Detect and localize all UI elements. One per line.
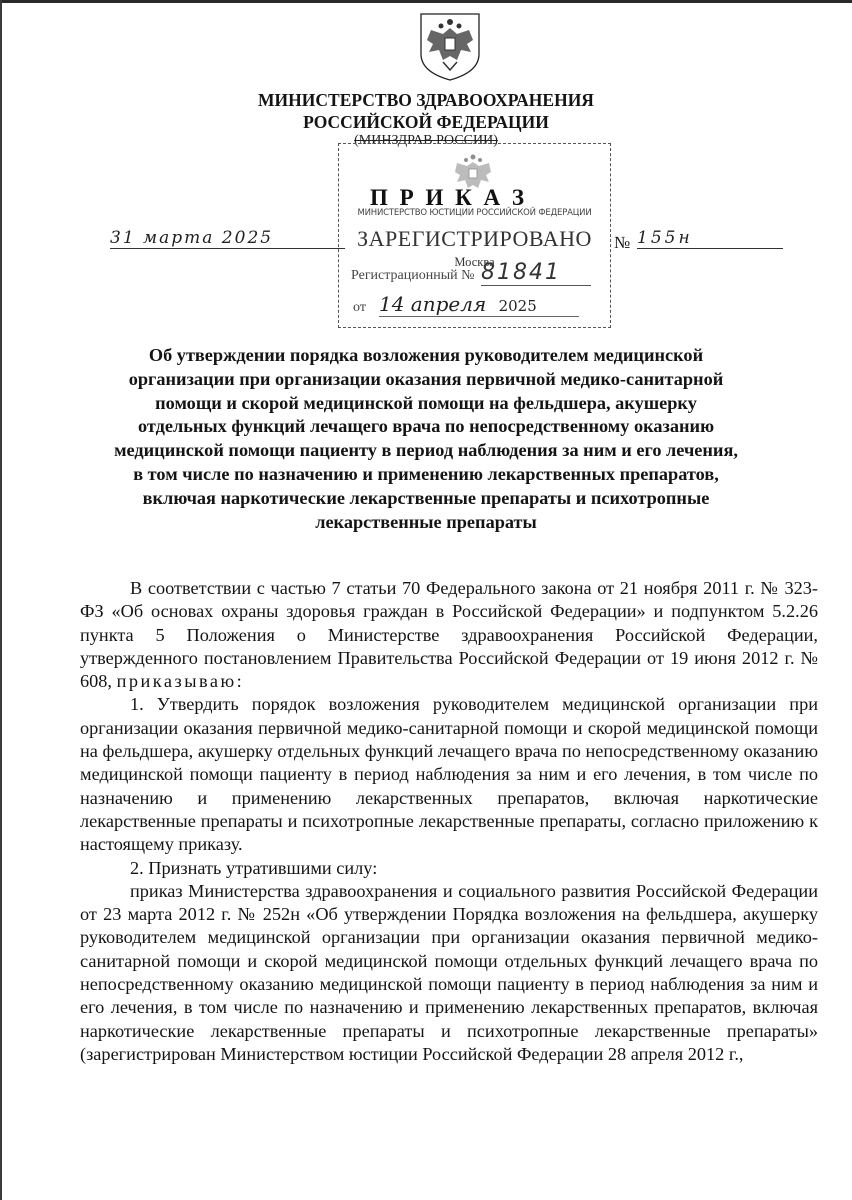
document-title: Об утверждении порядка возложения руково… bbox=[110, 344, 742, 534]
document-body: В соответствии с частью 7 статьи 70 Феде… bbox=[80, 577, 818, 1066]
order-date: 31 марта 2025 bbox=[110, 228, 345, 249]
stamp-registered-label: ЗАРЕГИСТРИРОВАНО bbox=[339, 226, 610, 252]
scan-border-top bbox=[0, 0, 852, 3]
ministry-name-line1: МИНИСТЕРСТВО ЗДРАВООХРАНЕНИЯ bbox=[200, 88, 652, 112]
ministry-name-line2: РОССИЙСКОЙ ФЕДЕРАЦИИ bbox=[200, 110, 652, 134]
order-number: 155н bbox=[637, 228, 783, 249]
item-2-paragraph: 2. Признать утратившими силу: bbox=[80, 857, 818, 880]
item-1-paragraph: 1. Утвердить порядок возложения руководи… bbox=[80, 693, 818, 856]
stamp-reg-number: 81841 bbox=[481, 260, 591, 286]
document-type: П Р И К А З bbox=[370, 185, 527, 211]
order-word: приказываю: bbox=[117, 671, 245, 691]
registration-stamp: МИНИСТЕРСТВО ЮСТИЦИИ РОССИЙСКОЙ ФЕДЕРАЦИ… bbox=[338, 143, 611, 328]
stamp-date-day-month: 14 апреля bbox=[379, 292, 486, 316]
preamble-paragraph: В соответствии с частью 7 статьи 70 Феде… bbox=[80, 577, 818, 693]
item-2-sub-paragraph: приказ Министерства здравоохранения и со… bbox=[80, 880, 818, 1066]
stamp-date: 14 апреля 2025 bbox=[379, 292, 579, 317]
stamp-reg-number-label: Регистрационный № bbox=[351, 268, 475, 284]
coat-of-arms-icon bbox=[417, 10, 483, 82]
stamp-date-year: 2025 bbox=[499, 297, 537, 315]
order-number-sign: № bbox=[614, 233, 630, 253]
scan-border-left bbox=[0, 0, 2, 1200]
stamp-date-label: от bbox=[353, 300, 366, 316]
